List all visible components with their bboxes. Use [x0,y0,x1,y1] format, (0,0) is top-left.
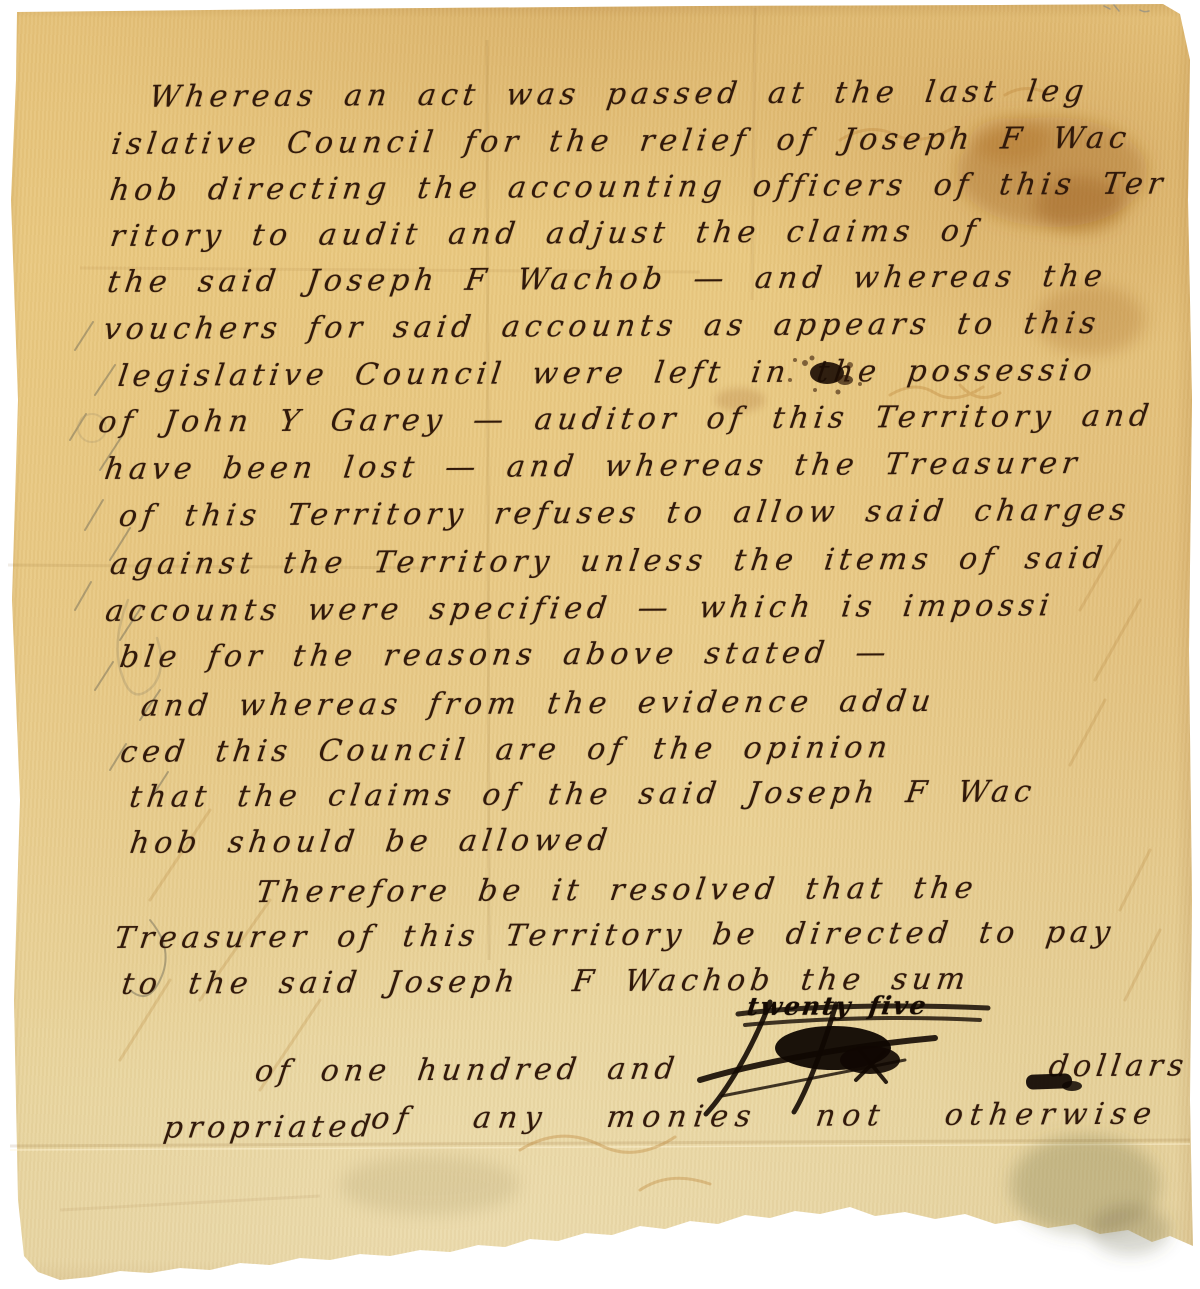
ink-blot-after-left [788,356,862,395]
scan-background: { "page": { "background_color": "#ffffff… [0,0,1200,1289]
amount-obliteration-blot [700,1002,988,1114]
ink-blots-layer [0,0,1200,1289]
top-right-specks [1104,5,1149,12]
otherwise-blot [1026,1073,1082,1091]
